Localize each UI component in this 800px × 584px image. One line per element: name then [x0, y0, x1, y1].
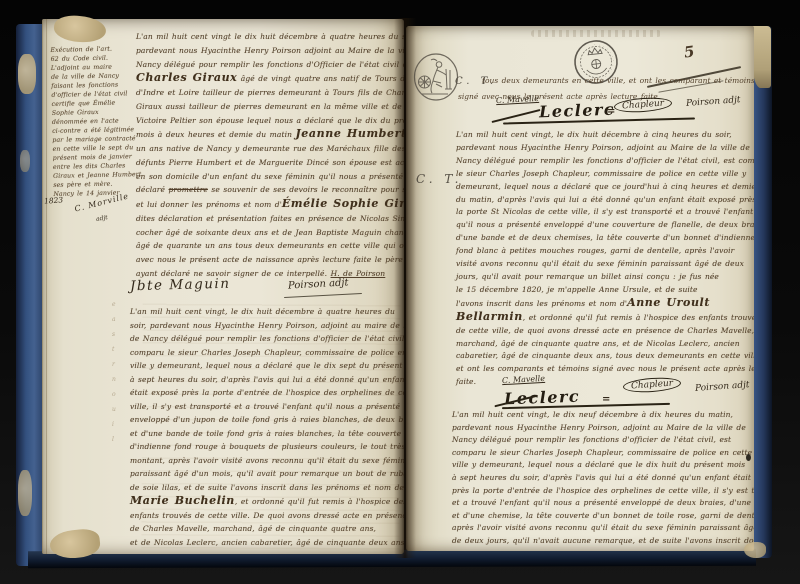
manuscript-line: le sieur Charles Joseph Chapleur, commis…: [456, 168, 754, 181]
manuscript-line: L'an mil huit cent vingt, le dix neuf dé…: [452, 409, 754, 422]
manuscript-line: cabaretier, âgé de cinquante deux ans, t…: [456, 350, 754, 363]
foundling-act-next: L'an mil huit cent vingt, le dix neuf dé…: [452, 409, 754, 548]
margin-annotation: Exécution de l'art.62 du Code civil.L'ad…: [50, 44, 139, 199]
manuscript-line: et d'une chemise, la tête couverte d'un …: [452, 510, 754, 523]
bleedthrough-marks: eastrnouil: [112, 297, 116, 447]
signature-equals-mark: =: [602, 394, 610, 405]
signature-poirson: Poirson adjt: [686, 95, 741, 109]
worn-cover-patch: [18, 470, 32, 516]
manuscript-line: la porte St Nicolas de cette ville, il s…: [456, 206, 754, 219]
manuscript-line: ville y demeurant, lequel nous a déclaré…: [130, 359, 404, 373]
margin-note-year: 1823: [44, 195, 64, 205]
manuscript-line: Nancy délégué pour remplir les fonctions…: [452, 434, 754, 447]
foundling-act-bellarmin: L'an mil huit cent vingt, le dix huit dé…: [456, 129, 754, 389]
manuscript-line: enveloppé d'un jupon de toile fond gris …: [130, 413, 404, 427]
signature-morville-title: adjt: [95, 214, 108, 223]
manuscript-line: visité avons reconnu qu'il était du sexe…: [456, 258, 754, 271]
manuscript-line: de Nancy délégué pour remplir les foncti…: [130, 332, 404, 346]
manuscript-line: d'indienne fond rouge à bouquets de plus…: [130, 440, 404, 454]
manuscript-line: à sept heures du soir, d'après l'avis qu…: [130, 373, 404, 387]
manuscript-line: L'an mil huit cent vingt, le dix huit dé…: [456, 129, 754, 142]
manuscript-line: soir, pardevant nous Hyacinthe Henry Poi…: [130, 319, 404, 333]
page-fore-edge: [752, 26, 771, 88]
manuscript-line: Bellarmin, et ordonné qu'il fut remis à …: [456, 311, 754, 325]
manuscript-line: Charles Giraux âgé de vingt quatre ans n…: [136, 71, 404, 86]
worn-corner-bottom-right: [744, 542, 766, 558]
minerva-medallion-stamp: [412, 52, 460, 102]
manuscript-line: et de Nicolas Leclerc, ancien cabaretier…: [130, 536, 404, 550]
manuscript-line: de cette ville, de quoi avons dressé act…: [456, 325, 754, 338]
manuscript-line: près la porte d'entrée de l'hospice des …: [452, 485, 754, 498]
manuscript-line: montant, après l'avoir visité avons reco…: [130, 454, 404, 468]
act-continuation-line: tous deux demeurants en cette ville, et …: [482, 76, 754, 85]
manuscript-line: pardevant nous Hyacinthe Henry Poirson, …: [452, 422, 754, 435]
manuscript-line: cocher âgé de soixante deux ans et de Je…: [136, 226, 404, 240]
manuscript-line: Nancy délégué pour remplir les fonctions…: [456, 155, 754, 168]
medallion-sketch: [415, 54, 458, 100]
manuscript-line: et ont les comparants et témoins signé a…: [456, 363, 754, 376]
manuscript-line: pardevant nous Hyacinthe Henry Poirson, …: [456, 142, 754, 155]
manuscript-line: en son domicile d'un enfant du sexe fémi…: [136, 170, 404, 184]
manuscript-line: paraissant âgé d'un mois, qu'il avait po…: [130, 467, 404, 481]
manuscript-line: déclaré promettre se souvenir de ses dev…: [136, 183, 404, 197]
manuscript-line: L'an mil huit cent vingt, le dix huit dé…: [130, 305, 404, 319]
manuscript-line: fond blanc à petites mouches rouges, gar…: [456, 245, 754, 258]
manuscript-line: et a trouvé l'enfant qu'il nous a présen…: [452, 497, 754, 510]
signature-flourish: [284, 293, 362, 298]
manuscript-line: était exposé près la porte d'entrée de l…: [130, 386, 404, 400]
manuscript-line: ville, il s'y est transporté et a trouvé…: [130, 400, 404, 414]
manuscript-line: du matin, d'après l'avis qui lui a été d…: [456, 194, 754, 207]
bleedthrough-header: [531, 30, 661, 37]
manuscript-line: de Charles Mavelle, marchand, âgé de cin…: [130, 522, 404, 536]
manuscript-line: après l'avoir visité avons reconnu qu'il…: [452, 522, 754, 535]
manuscript-line: Giraux aussi tailleur de pierres demeura…: [136, 100, 404, 114]
manuscript-line: mois à deux heures et demie du matin Jea…: [136, 127, 404, 142]
manuscript-line: ville y demeurant, lequel nous a déclaré…: [452, 459, 754, 472]
manuscript-line: âgé de quarante un ans tous deux demeura…: [136, 239, 404, 253]
manuscript-line: demeurant, lequel nous a déclaré que ce …: [456, 181, 754, 194]
manuscript-line: pardevant nous Hyacinthe Henry Poirson a…: [136, 44, 404, 58]
signature-maguin: Jbte Maguin: [130, 276, 231, 295]
manuscript-line: d'une bande et de deux chemises, la tête…: [456, 232, 754, 245]
manuscript-line: et lui donner les prénoms et nom d'Éméli…: [136, 197, 404, 212]
manuscript-line: L'an mil huit cent vingt le dix huit déc…: [136, 30, 404, 44]
right-page: · · · · · · · · · · · · · · 5 C. T. C. T…: [406, 26, 754, 551]
worn-cover-patch: [20, 150, 30, 172]
signature-poirson-paraph: Poirson adjt: [288, 277, 349, 291]
manuscript-line: Marie Buchelin, et ordonné qu'il fut rem…: [130, 494, 404, 509]
manuscript-line: comparu le sieur Charles Joseph Chapleur…: [452, 447, 754, 460]
manuscript-line: jours, qu'il avait pour remarque un bill…: [456, 271, 754, 284]
birth-act-giraux: L'an mil huit cent vingt le dix huit déc…: [136, 30, 404, 281]
manuscript-line: avec nous le présent acte de naissance a…: [136, 253, 404, 267]
photo-backdrop: Exécution de l'art.62 du Code civil.L'ad…: [0, 0, 800, 584]
manuscript-line: Nancy délégué pour remplir les fonctions…: [136, 58, 404, 72]
manuscript-line: comparu le sieur Charles Joseph Chapleur…: [130, 346, 404, 360]
left-page: Exécution de l'art.62 du Code civil.L'ad…: [42, 19, 404, 554]
signature-leclerc: Leclerc: [539, 100, 616, 122]
worn-cover-patch: [18, 54, 36, 94]
folio-number: 5: [683, 42, 696, 61]
manuscript-line: dites déclaration et présentation faites…: [136, 212, 404, 226]
manuscript-line: qu'il nous a présenté enveloppé d'une co…: [456, 219, 754, 232]
manuscript-line: Victoire Peltier son épouse lequel nous …: [136, 114, 404, 128]
manuscript-line: d'Indre et Loire tailleur de pierres dem…: [136, 86, 404, 100]
manuscript-line: l'avons inscrit dans les prénoms et nom …: [456, 297, 754, 311]
manuscript-line: de soie lilas, et de suite l'avons inscr…: [130, 481, 404, 495]
manuscript-line: de deux jours, qu'il n'avait aucune rema…: [452, 535, 754, 548]
manuscript-line: à sept heures du soir, d'après l'avis qu…: [452, 472, 754, 485]
manuscript-line: et d'une bande de toile fond gris à raie…: [130, 427, 404, 441]
manuscript-line: marchand, âgé de cinquante quatre ans, e…: [456, 338, 754, 351]
book-cover-right: [752, 26, 772, 558]
page-edge-lines: [42, 19, 49, 554]
ink-speck: [746, 454, 751, 461]
foundling-act-buchelin: L'an mil huit cent vingt, le dix huit dé…: [130, 305, 404, 549]
manuscript-line: enfants trouvés de cette ville. De quoi …: [130, 509, 404, 523]
manuscript-line: défunts Pierre Humbert et de Marguerite …: [136, 156, 404, 170]
manuscript-line: un ans native de Nancy y demeurante rue …: [136, 142, 404, 156]
signature-mavelle: C. Mavelle: [496, 94, 539, 105]
